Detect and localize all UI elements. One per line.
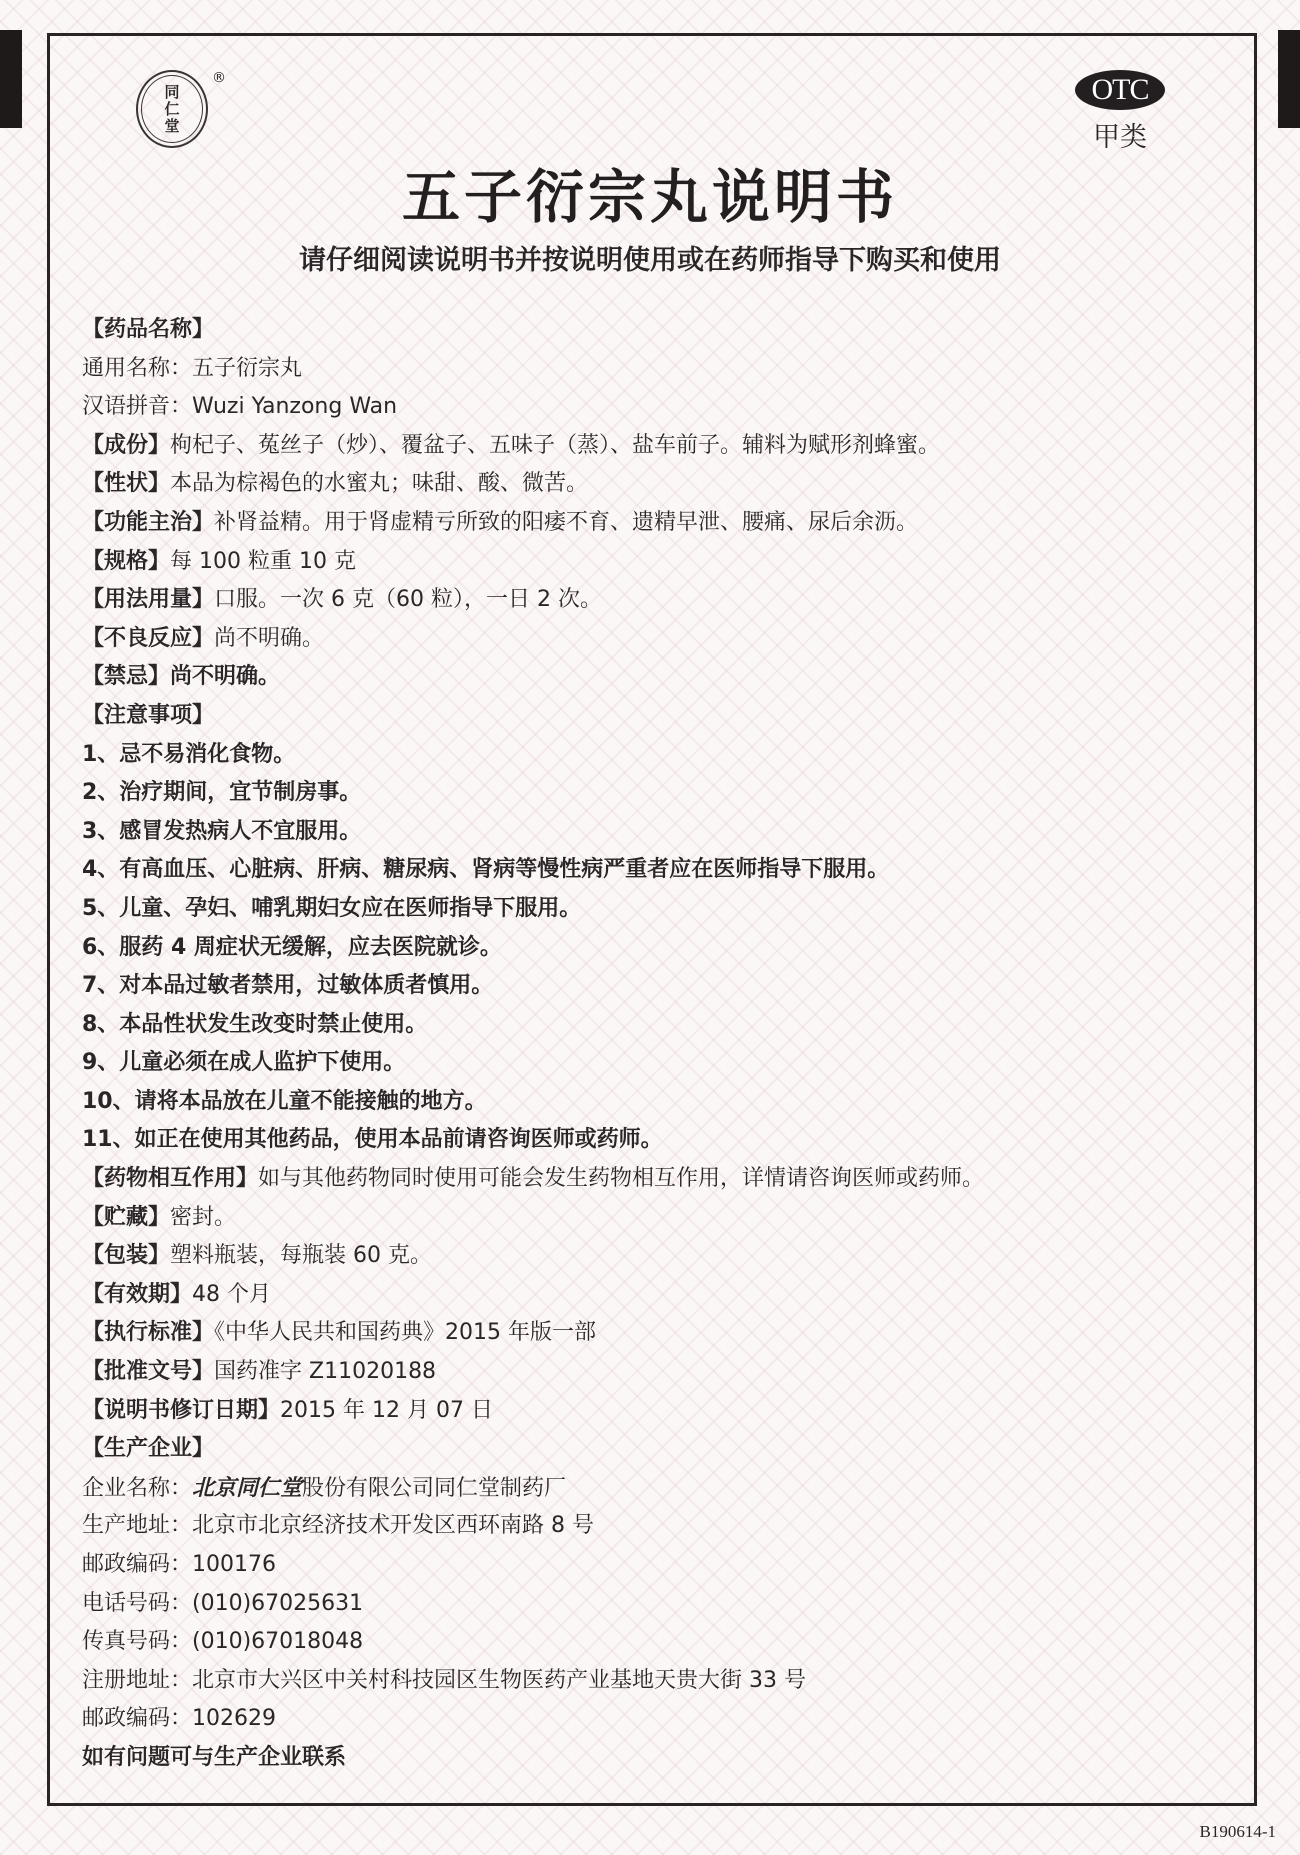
precaution-item: 8、本品性状发生改变时禁止使用。 <box>82 1006 1232 1045</box>
section-label: 【功能主治】 <box>82 510 214 535</box>
field-label: 生产地址： <box>82 1513 192 1538</box>
contact-note: 如有问题可与生产企业联系 <box>82 1739 1232 1778</box>
section-standard: 【执行标准】《中华人民共和国药典》2015 年版一部 <box>82 1314 1232 1353</box>
field-value: 北京市大兴区中关村科技园区生物医药产业基地天贵大街 33 号 <box>192 1668 806 1693</box>
document-title: 五子衍宗丸说明书 <box>0 150 1300 234</box>
otc-badge: OTC <box>1075 70 1165 110</box>
section-value: 尚不明确。 <box>214 626 324 651</box>
section-manufacturer: 【生产企业】 <box>82 1430 1232 1469</box>
manufacturer-phone-row: 电话号码：(010)67025631 <box>82 1585 1232 1624</box>
field-value: 股份有限公司同仁堂制药厂 <box>302 1476 566 1501</box>
section-contraindications: 【禁忌】尚不明确。 <box>82 658 1232 697</box>
section-value: 密封。 <box>170 1205 236 1230</box>
field-label: 注册地址： <box>82 1668 192 1693</box>
field-label: 传真号码： <box>82 1629 192 1654</box>
field-value: 100176 <box>192 1552 276 1577</box>
section-label: 【执行标准】 <box>82 1320 214 1345</box>
section-value: 2015 年 12 月 07 日 <box>280 1398 493 1423</box>
section-adverse-reactions: 【不良反应】尚不明确。 <box>82 620 1232 659</box>
section-value: 本品为棕褐色的水蜜丸；味甜、酸、微苦。 <box>170 471 588 496</box>
section-label: 【有效期】 <box>82 1282 192 1307</box>
precaution-item: 3、感冒发热病人不宜服用。 <box>82 813 1232 852</box>
section-description: 【性状】本品为棕褐色的水蜜丸；味甜、酸、微苦。 <box>82 465 1232 504</box>
field-value: Wuzi Yanzong Wan <box>192 394 397 419</box>
logo-char: 仁 <box>164 101 179 118</box>
registration-mark-right <box>1278 30 1300 128</box>
section-value: 《中华人民共和国药典》2015 年版一部 <box>214 1320 596 1345</box>
section-label: 【批准文号】 <box>82 1359 214 1384</box>
section-indications: 【功能主治】补肾益精。用于肾虚精亏所致的阳痿不育、遗精早泄、腰痛、尿后余沥。 <box>82 504 1232 543</box>
document-subtitle: 请仔细阅读说明书并按说明使用或在药师指导下购买和使用 <box>0 238 1300 277</box>
section-value: 口服。一次 6 克（60 粒），一日 2 次。 <box>214 587 602 612</box>
tongrentang-logo-icon: 同 仁 堂 <box>136 70 208 148</box>
section-label: 【禁忌】 <box>82 664 170 689</box>
section-specification: 【规格】每 100 粒重 10 克 <box>82 543 1232 582</box>
precaution-item: 6、服药 4 周症状无缓解，应去医院就诊。 <box>82 929 1232 968</box>
section-shelf-life: 【有效期】48 个月 <box>82 1276 1232 1315</box>
field-value: (010)67025631 <box>192 1591 363 1616</box>
field-label: 邮政编码： <box>82 1552 192 1577</box>
section-interactions: 【药物相互作用】如与其他药物同时使用可能会发生药物相互作用，详情请咨询医师或药师… <box>82 1160 1232 1199</box>
field-label: 邮政编码： <box>82 1706 192 1731</box>
field-value: 102629 <box>192 1706 276 1731</box>
field-label: 汉语拼音： <box>82 394 192 419</box>
section-label: 【贮藏】 <box>82 1205 170 1230</box>
logo-char: 堂 <box>164 118 179 135</box>
precaution-item: 2、治疗期间，宜节制房事。 <box>82 774 1232 813</box>
section-approval-number: 【批准文号】国药准字 Z11020188 <box>82 1353 1232 1392</box>
section-packaging: 【包装】塑料瓶装，每瓶装 60 克。 <box>82 1237 1232 1276</box>
leaflet-body: 【药品名称】 通用名称：五子衍宗丸 汉语拼音：Wuzi Yanzong Wan … <box>82 311 1232 1778</box>
manufacturer-name-row: 企业名称：北京同仁堂股份有限公司同仁堂制药厂 <box>82 1469 1232 1508</box>
section-value: 如与其他药物同时使用可能会发生药物相互作用，详情请咨询医师或药师。 <box>258 1166 984 1191</box>
precaution-item: 11、如正在使用其他药品，使用本品前请咨询医师或药师。 <box>82 1121 1232 1160</box>
section-label: 【性状】 <box>82 471 170 496</box>
field-value: 五子衍宗丸 <box>192 356 302 381</box>
registered-postcode-row: 邮政编码：102629 <box>82 1700 1232 1739</box>
pinyin-row: 汉语拼音：Wuzi Yanzong Wan <box>82 388 1232 427</box>
section-dosage: 【用法用量】口服。一次 6 克（60 粒），一日 2 次。 <box>82 581 1232 620</box>
section-label: 【不良反应】 <box>82 626 214 651</box>
section-drug-name: 【药品名称】 <box>82 311 1232 350</box>
section-label: 【药品名称】 <box>82 317 214 342</box>
section-label: 【规格】 <box>82 549 170 574</box>
field-label: 企业名称： <box>82 1476 192 1501</box>
section-label: 【包装】 <box>82 1243 170 1268</box>
document-code: B190614-1 <box>1200 1822 1277 1842</box>
precaution-item: 9、儿童必须在成人监护下使用。 <box>82 1044 1232 1083</box>
manufacturer-postcode-row: 邮政编码：100176 <box>82 1546 1232 1585</box>
section-precautions: 【注意事项】 <box>82 697 1232 736</box>
section-label: 【生产企业】 <box>82 1436 214 1461</box>
field-value: 北京市北京经济技术开发区西环南路 8 号 <box>192 1513 594 1538</box>
section-value: 48 个月 <box>192 1282 271 1307</box>
precaution-item: 4、有高血压、心脏病、肝病、糖尿病、肾病等慢性病严重者应在医师指导下服用。 <box>82 851 1232 890</box>
manufacturer-address-row: 生产地址：北京市北京经济技术开发区西环南路 8 号 <box>82 1507 1232 1546</box>
field-label: 通用名称： <box>82 356 192 381</box>
generic-name-row: 通用名称：五子衍宗丸 <box>82 350 1232 389</box>
section-value: 塑料瓶装，每瓶装 60 克。 <box>170 1243 432 1268</box>
manufacturer-fax-row: 传真号码：(010)67018048 <box>82 1623 1232 1662</box>
brand-name: 北京同仁堂 <box>192 1475 302 1501</box>
field-value: (010)67018048 <box>192 1629 363 1654</box>
precaution-item: 5、儿童、孕妇、哺乳期妇女应在医师指导下服用。 <box>82 890 1232 929</box>
section-value: 枸杞子、菟丝子（炒）、覆盆子、五味子（蒸）、盐车前子。辅料为赋形剂蜂蜜。 <box>170 433 940 458</box>
section-value: 补肾益精。用于肾虚精亏所致的阳痿不育、遗精早泄、腰痛、尿后余沥。 <box>214 510 918 535</box>
section-label: 【成份】 <box>82 433 170 458</box>
section-label: 【用法用量】 <box>82 587 214 612</box>
field-label: 电话号码： <box>82 1591 192 1616</box>
section-label: 【药物相互作用】 <box>82 1166 258 1191</box>
registered-address-row: 注册地址：北京市大兴区中关村科技园区生物医药产业基地天贵大街 33 号 <box>82 1662 1232 1701</box>
precaution-item: 1、忌不易消化食物。 <box>82 736 1232 775</box>
otc-class-label: 甲类 <box>1093 115 1147 154</box>
section-revision-date: 【说明书修订日期】2015 年 12 月 07 日 <box>82 1392 1232 1431</box>
registered-trademark-icon: ® <box>212 70 226 86</box>
registration-mark-left <box>0 30 22 128</box>
section-storage: 【贮藏】密封。 <box>82 1199 1232 1238</box>
precaution-item: 7、对本品过敏者禁用，过敏体质者慎用。 <box>82 967 1232 1006</box>
section-label: 【说明书修订日期】 <box>82 1398 280 1423</box>
section-value: 尚不明确。 <box>170 664 280 689</box>
section-label: 【注意事项】 <box>82 703 214 728</box>
section-ingredients: 【成份】枸杞子、菟丝子（炒）、覆盆子、五味子（蒸）、盐车前子。辅料为赋形剂蜂蜜。 <box>82 427 1232 466</box>
section-value: 每 100 粒重 10 克 <box>170 549 356 574</box>
section-value: 国药准字 Z11020188 <box>214 1359 436 1384</box>
logo-char: 同 <box>164 84 179 101</box>
precaution-item: 10、请将本品放在儿童不能接触的地方。 <box>82 1083 1232 1122</box>
